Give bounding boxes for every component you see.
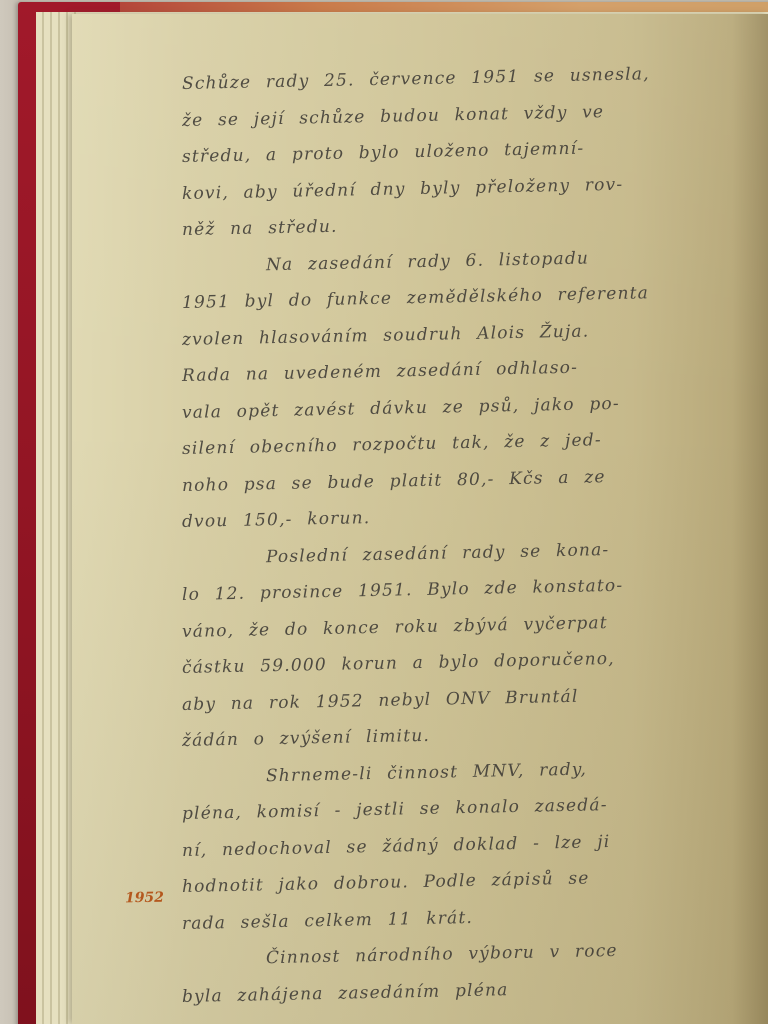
margin-year-note: 1952 — [125, 890, 164, 907]
page-edge — [50, 12, 52, 1024]
page-edge — [42, 12, 44, 1024]
chronicle-page: Schůze rady 25. července 1951 se usnesla… — [72, 14, 768, 1024]
page-edge — [58, 12, 60, 1024]
book-photo: Schůze rady 25. července 1951 se usnesla… — [0, 0, 768, 1024]
handwritten-text: Schůze rady 25. července 1951 se usnesla… — [182, 66, 652, 1015]
page-edge — [66, 12, 68, 1024]
